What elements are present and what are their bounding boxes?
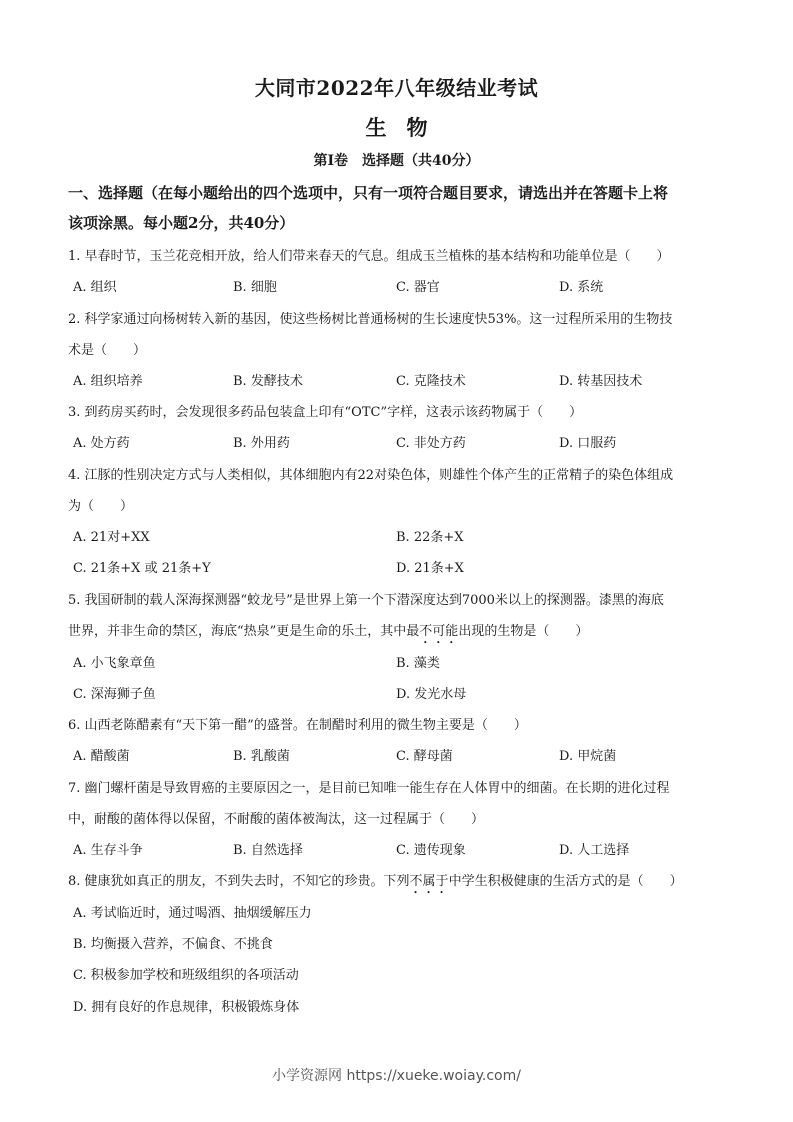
question-3-stem: 3. 到药房买药时，会发现很多药品包装盒上印有“OTC”字样，这表示该药物属于（… — [68, 401, 732, 420]
question-2-stem-1: 2. 科学家通过向杨树转入新的基因，使这些杨树比普通杨树的生长速度快53%。这一… — [68, 308, 732, 327]
question-1-stem: 1. 早春时节，玉兰花竞相开放，给人们带来春天的气息。组成玉兰植株的基本结构和功… — [68, 245, 732, 264]
q8-option-c: C. 积极参加学校和班级组织的各项活动 — [73, 964, 299, 983]
stem-text: 世界，并非生命的禁区，海底“热泉”更是生命的乐土，其中最 — [68, 624, 419, 639]
q8-option-d: D. 拥有良好的作息规律，积极锻炼身体 — [73, 996, 299, 1015]
q1-option-a: A. 组织 — [73, 276, 117, 295]
q2-option-c: C. 克隆技术 — [396, 370, 466, 389]
question-7-stem-1: 7. 幽门螺杆菌是导致胃癌的主要原因之一，是目前已知唯一能生存在人体胃中的细菌。… — [68, 777, 732, 796]
section-heading-line-1: 一、选择题（在每小题给出的四个选项中，只有一项符合题目要求，请选出并在答题卡上将 — [68, 178, 728, 208]
q7-option-d: D. 人工选择 — [559, 839, 629, 858]
q5-option-a: A. 小飞象章鱼 — [73, 652, 156, 671]
q8-option-a: A. 考试临近时，通过喝酒、抽烟缓解压力 — [73, 902, 312, 921]
subject-char-2: 物 — [407, 115, 428, 140]
q2-option-d: D. 转基因技术 — [559, 370, 642, 389]
q7-option-c: C. 遗传现象 — [396, 839, 466, 858]
q3-option-d: D. 口服药 — [559, 432, 616, 451]
q4-option-b: B. 22条+X — [396, 526, 464, 545]
q5-option-c: C. 深海狮子鱼 — [73, 683, 156, 702]
q7-option-a: A. 生存斗争 — [73, 839, 143, 858]
q6-option-d: D. 甲烷菌 — [559, 745, 616, 764]
question-5-stem-1: 5. 我国研制的载人深海探测器“蛟龙号”是世界上第一个下潜深度达到7000米以上… — [68, 589, 732, 608]
q5-option-b: B. 藻类 — [396, 652, 440, 671]
question-7-stem-2: 中，耐酸的菌体得以保留，不耐酸的菌体被淘汰，这一过程属于（ ） — [68, 808, 732, 827]
q3-option-c: C. 非处方药 — [396, 432, 466, 451]
stem-text: 出现的生物是（ ） — [458, 624, 588, 639]
exam-page: 大同市2022年八年级结业考试 生物 第Ⅰ卷 选择题（共40分） 一、选择题（在… — [0, 0, 793, 1122]
q4-option-a: A. 21对+XX — [73, 526, 150, 545]
q1-option-b: B. 细胞 — [233, 276, 277, 295]
q6-option-c: C. 酵母菌 — [396, 745, 453, 764]
q8-option-b: B. 均衡摄入营养，不偏食、不挑食 — [73, 933, 273, 952]
question-5-stem-2: 世界，并非生命的禁区，海底“热泉”更是生命的乐土，其中最不可能出现的生物是（ ） — [68, 620, 732, 647]
question-6-stem: 6. 山西老陈醋素有“天下第一醋”的盛誉。在制醋时利用的微生物主要是（ ） — [68, 714, 732, 733]
section-heading-line-2: 该项涂黑。每小题2分，共40分） — [68, 208, 728, 238]
emphasis-text: 不可能 — [419, 624, 458, 639]
question-2-stem-2: 术是（ ） — [68, 339, 732, 358]
q2-option-b: B. 发酵技术 — [233, 370, 303, 389]
stem-text: 中学生积极健康的生活方式的是（ ） — [449, 874, 683, 889]
q4-option-c: C. 21条+X 或 21条+Y — [73, 557, 211, 576]
exam-title: 大同市2022年八年级结业考试 — [0, 72, 793, 101]
question-4-stem-2: 为（ ） — [68, 495, 732, 514]
q6-option-a: A. 醋酸菌 — [73, 745, 130, 764]
footer-watermark: 小学资源网 https://xueke.woiay.com/ — [0, 1065, 793, 1085]
question-4-stem-1: 4. 江豚的性别决定方式与人类相似，其体细胞内有22对染色体，则雄性个体产生的正… — [68, 464, 732, 483]
subject-char-1: 生 — [366, 115, 387, 140]
q3-option-a: A. 处方药 — [73, 432, 130, 451]
q3-option-b: B. 外用药 — [233, 432, 290, 451]
q5-option-d: D. 发光水母 — [396, 683, 466, 702]
stem-text: 8. 健康犹如真正的朋友，不到失去时，不知它的珍贵。下列 — [68, 874, 410, 889]
q6-option-b: B. 乳酸菌 — [233, 745, 290, 764]
emphasis-text: 不属于 — [410, 874, 449, 889]
section-heading: 一、选择题（在每小题给出的四个选项中，只有一项符合题目要求，请选出并在答题卡上将… — [68, 178, 728, 238]
question-8-stem: 8. 健康犹如真正的朋友，不到失去时，不知它的珍贵。下列不属于中学生积极健康的生… — [68, 870, 732, 897]
q2-option-a: A. 组织培养 — [73, 370, 143, 389]
q4-option-d: D. 21条+X — [396, 557, 464, 576]
q1-option-c: C. 器官 — [396, 276, 440, 295]
part-title: 第Ⅰ卷 选择题（共40分） — [0, 150, 793, 170]
q1-option-d: D. 系统 — [559, 276, 603, 295]
q7-option-b: B. 自然选择 — [233, 839, 303, 858]
subject-title: 生物 — [0, 112, 793, 142]
